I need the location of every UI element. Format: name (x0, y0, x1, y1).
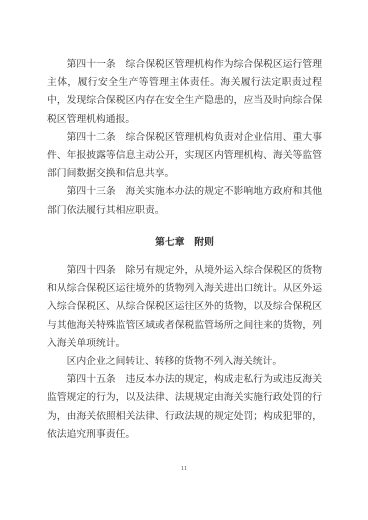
article-42-paragraph: 第四十二条 综合保税区管理机构负责对企业信用、重大事件、年报披露等信息主动公开，… (47, 129, 322, 184)
article-44-paragraph: 第四十四条 除另有规定外，从境外运入综合保税区的货物和从综合保税区运往境外的货物… (47, 262, 322, 353)
page-number: 11 (0, 464, 368, 473)
article-41-paragraph: 第四十一条 综合保税区管理机构作为综合保税区运行管理主体，履行安全生产等管理主体… (47, 56, 322, 129)
chapter-7-heading: 第七章 附则 (47, 234, 322, 252)
document-page: 第四十一条 综合保税区管理机构作为综合保税区运行管理主体，履行安全生产等管理主体… (0, 0, 368, 520)
article-45-paragraph: 第四十五条 违反本办法的规定，构成走私行为或违反海关监管规定的行为，以及法律、法… (47, 371, 322, 444)
document-text-block: 第四十一条 综合保税区管理机构作为综合保税区运行管理主体，履行安全生产等管理主体… (47, 56, 322, 444)
article-43-paragraph: 第四十三条 海关实施本办法的规定不影响地方政府和其他部门依法履行其相应职责。 (47, 183, 322, 219)
article-44-subparagraph: 区内企业之间转让、转移的货物不列入海关统计。 (47, 353, 322, 371)
